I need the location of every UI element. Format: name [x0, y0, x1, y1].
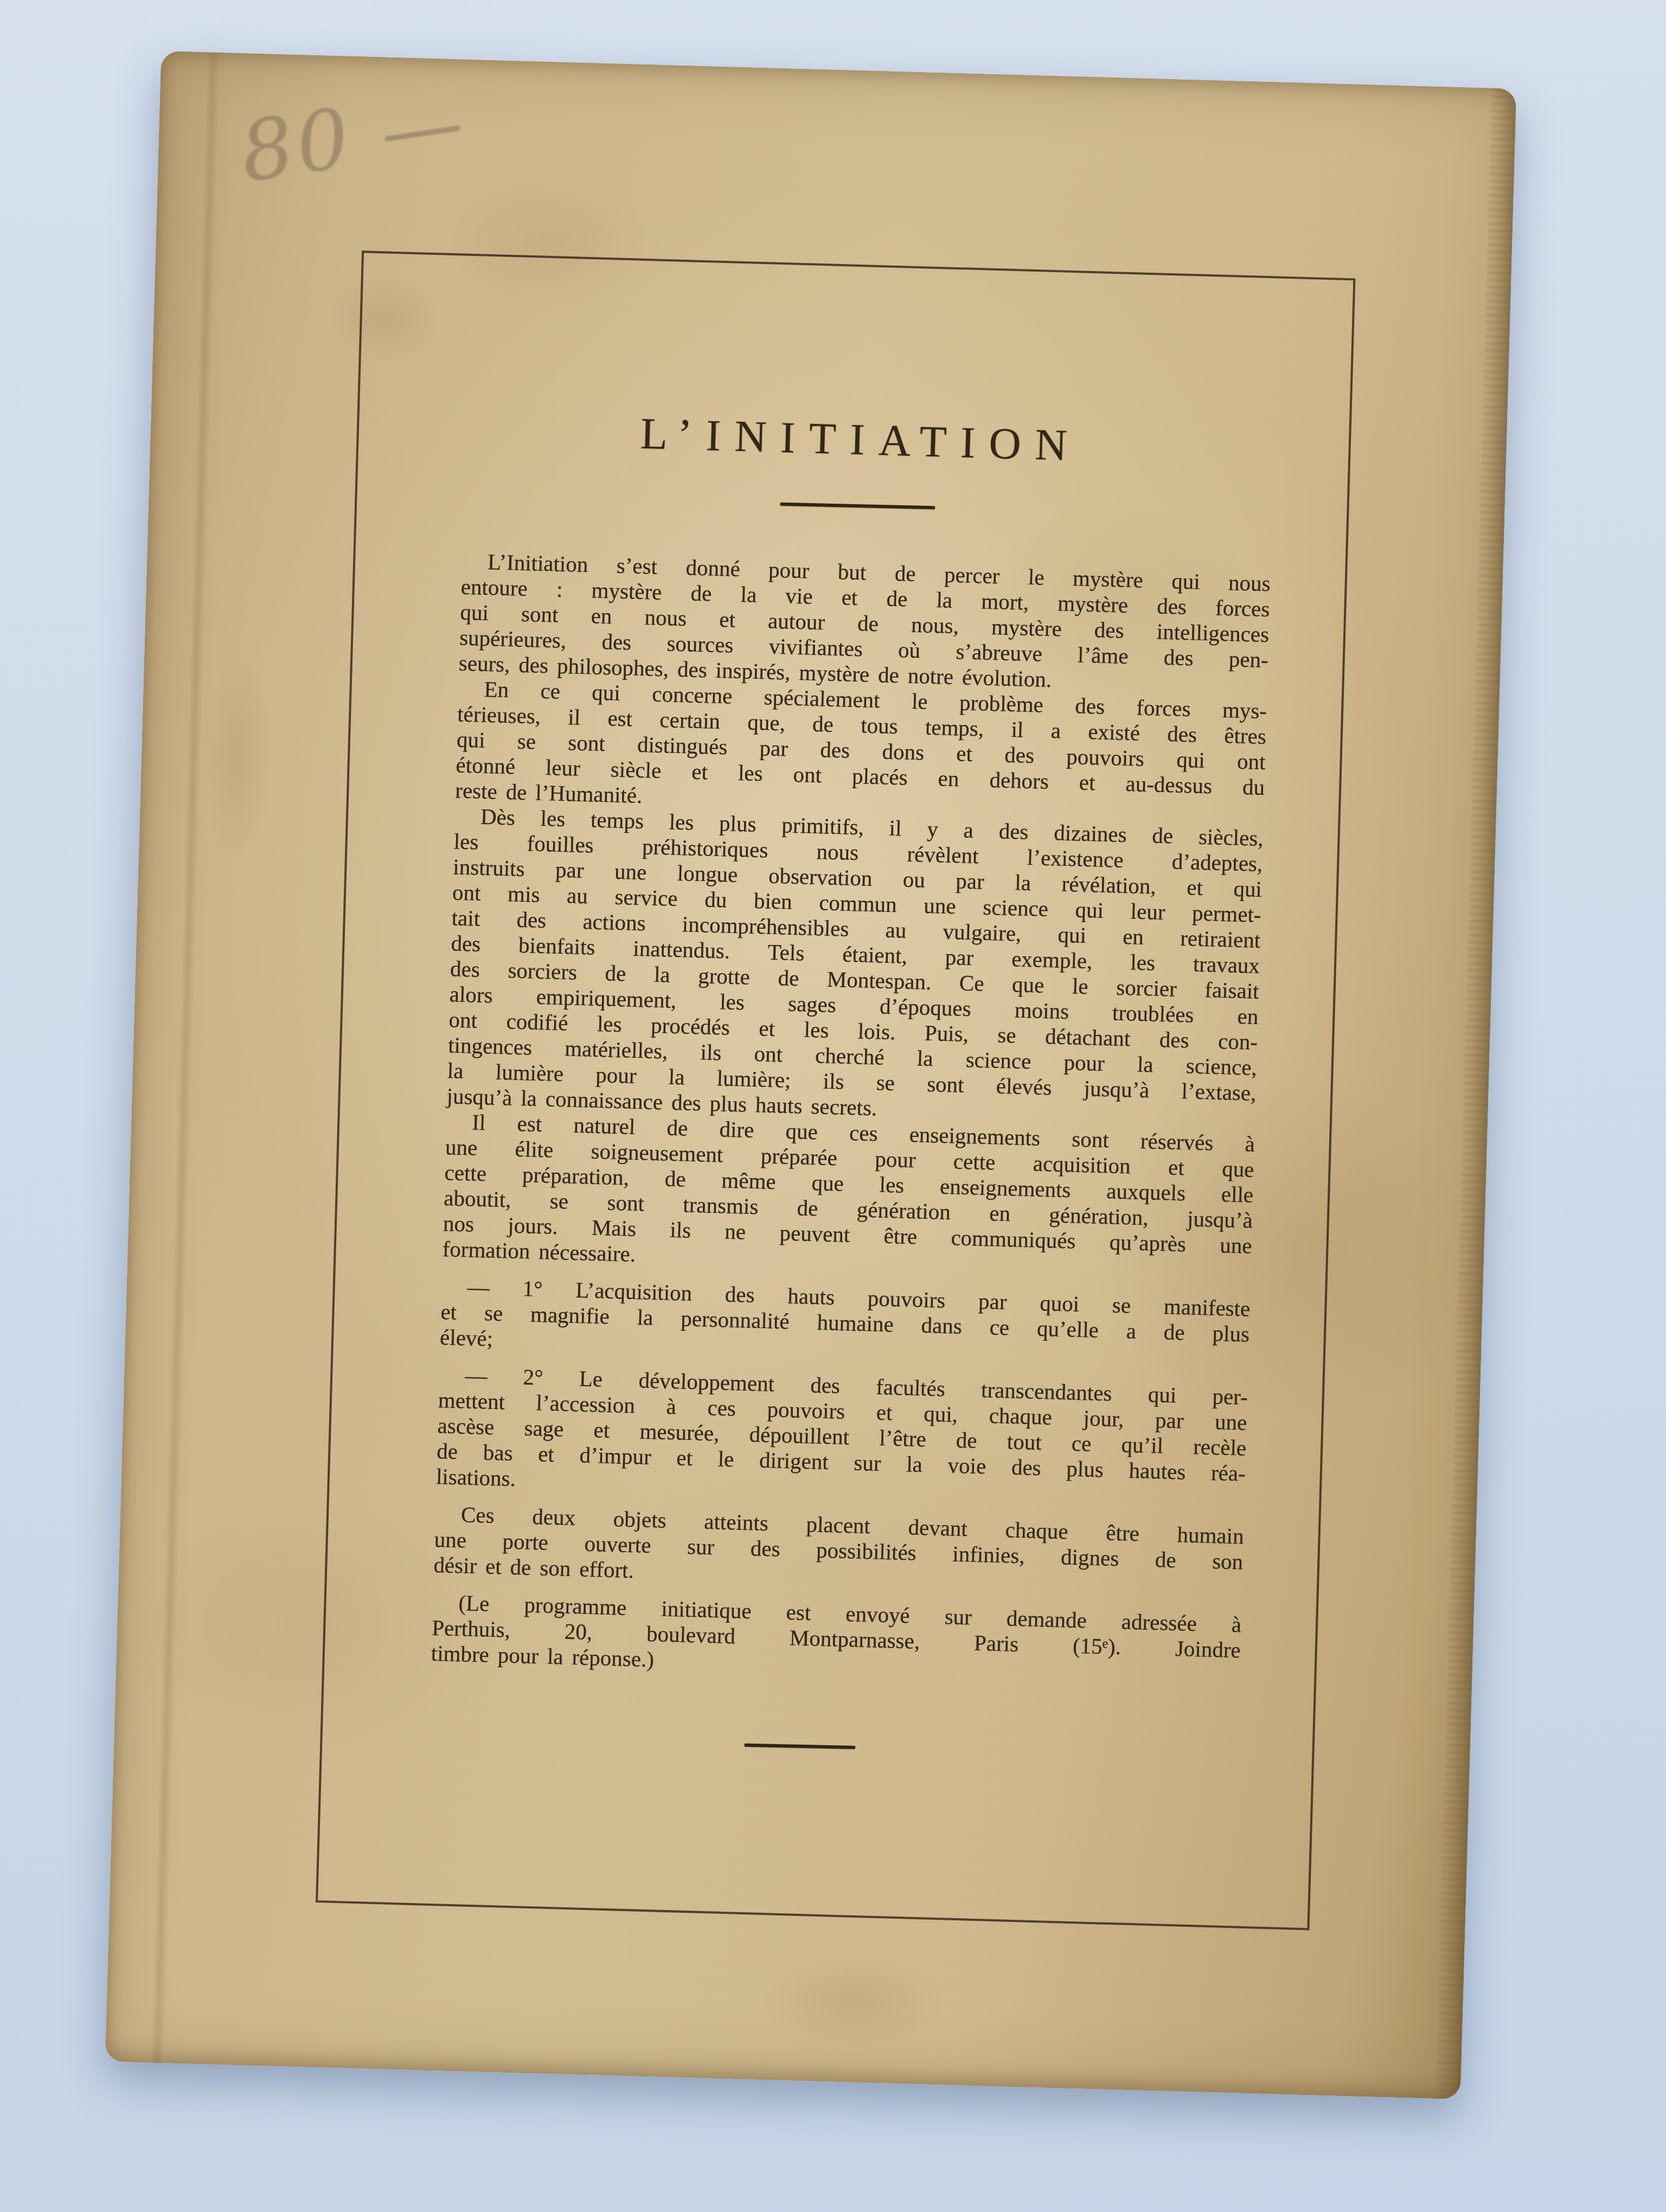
paragraph: Dès les temps les plus primitifs, il y a…	[446, 803, 1264, 1131]
printed-frame: L’INITIATION L’Initiation s’est donné po…	[316, 250, 1355, 1930]
paragraph: (Le programme initiatique est envoyé sur…	[431, 1590, 1241, 1689]
photo-backdrop: 80 — L’INITIATION L’Initiation s’est don…	[0, 0, 1666, 2212]
page-title: L’INITIATION	[358, 400, 1349, 479]
paragraph: — 2° Le développement des facultés trans…	[435, 1362, 1248, 1512]
book-cover: 80 — L’INITIATION L’Initiation s’est don…	[105, 51, 1517, 2099]
paragraph: Il est naturel de dire que ces enseignem…	[442, 1109, 1255, 1284]
paragraph: En ce qui concerne spécialement le probl…	[455, 676, 1267, 826]
bottom-divider-rule	[744, 1744, 855, 1749]
paragraph: L’Initiation s’est donné pour but de per…	[458, 549, 1271, 699]
paragraph: Ces deux objets atteints placent devant …	[433, 1501, 1244, 1600]
text-block: L’Initiation s’est donné pour but de per…	[431, 549, 1271, 1689]
pencil-price-mark: 80 —	[234, 73, 472, 201]
spine-crease	[151, 52, 221, 2063]
title-divider-rule	[780, 503, 935, 509]
page-fore-edge	[1436, 88, 1517, 2099]
paragraph: — 1° L’acquisition des hauts pouvoirs pa…	[440, 1274, 1251, 1373]
